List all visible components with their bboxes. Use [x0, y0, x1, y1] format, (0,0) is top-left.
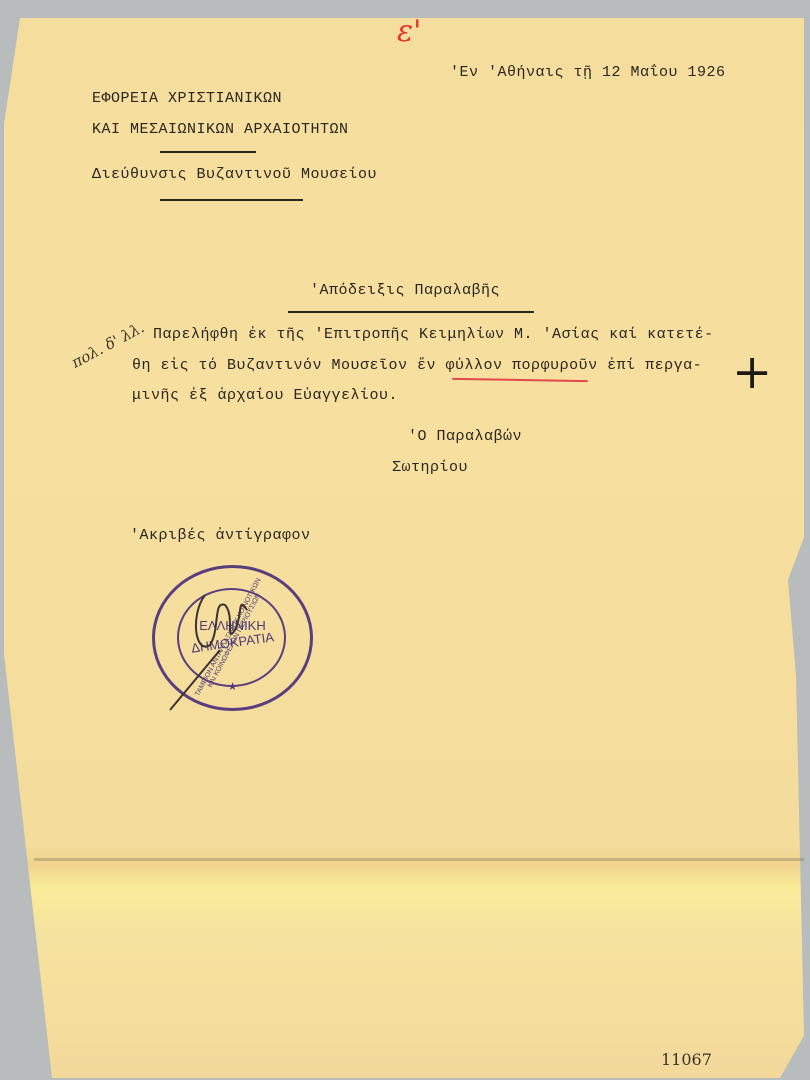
handwritten-signature: [165, 575, 255, 715]
page-marker: ε': [397, 14, 421, 49]
fold-crease: [34, 858, 804, 861]
body-line-3: μινῆς ἐξ ἀρχαίου Εὐαγγελίου.: [132, 387, 398, 404]
document-title: 'Απόδειξις Παραλαβῆς: [310, 282, 500, 299]
archive-number: 11067: [661, 1050, 712, 1069]
header-rule-1: [160, 151, 256, 153]
body-line-2: θη εἰς τό Βυζαντινόν Μουσεῖον ἕν φύλλον …: [132, 357, 702, 374]
header-line-3: Διεύθυνσις Βυζαντινοῦ Μουσείου: [92, 166, 377, 183]
certification-text: 'Ακριβές ἀντίγραφον: [130, 527, 311, 544]
body-line-1: Παρελήφθη ἐκ τῆς 'Επιτροπῆς Κειμηλίων Μ.…: [153, 326, 714, 343]
date-line: 'Εν 'Αθήναις τῇ 12 Μαΐου 1926: [450, 64, 726, 81]
header-line-2: ΚΑΙ ΜΕΣΑΙΩΝΙΚΩΝ ΑΡΧΑΙΟΤΗΤΩΝ: [92, 121, 349, 138]
title-rule: [288, 311, 534, 313]
header-rule-2: [160, 199, 303, 201]
signature-role: 'Ο Παραλαβών: [408, 428, 522, 445]
cross-mark: +: [732, 348, 772, 396]
signature-name: Σωτηρίου: [392, 459, 468, 476]
header-line-1: ΕΦΟΡΕΙΑ ΧΡΙΣΤΙΑΝΙΚΩΝ: [92, 90, 282, 107]
